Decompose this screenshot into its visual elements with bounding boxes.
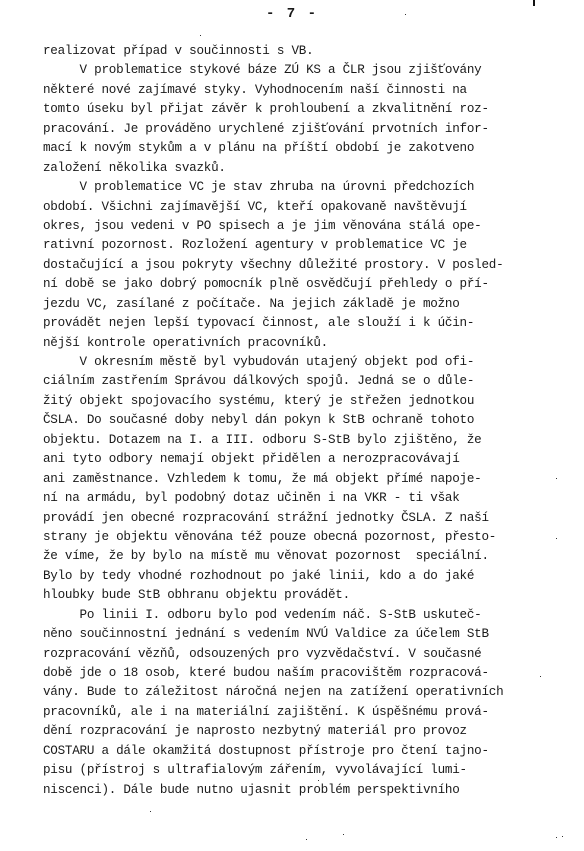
text-line: V problematice VC je stav zhruba na úrov… xyxy=(43,178,563,197)
text-line: okres, jsou vedeni v PO spisech a je jim… xyxy=(43,217,563,236)
text-line: některé nové zajímavé styky. Vyhodnocení… xyxy=(43,81,563,100)
text-line: jezdu VC, zasílané z počítače. Na jejich… xyxy=(43,295,563,314)
text-line: hloubky bude StB obhranu objektu provádě… xyxy=(43,586,563,605)
scan-speck xyxy=(540,676,541,677)
text-line: niscenci). Dále bude nutno ujasnit probl… xyxy=(43,781,563,800)
text-line: že víme, že by bylo na místě mu věnovat … xyxy=(43,547,563,566)
text-line: tomto úseku byl přijat závěr k prohloube… xyxy=(43,100,563,119)
text-line: pisu (přístroj s ultrafialovým zářením, … xyxy=(43,761,563,780)
text-line: pracování. Je prováděno urychlené zjišťo… xyxy=(43,120,563,139)
page-number: - 7 - xyxy=(0,6,584,22)
text-line: V okresním městě byl vybudován utajený o… xyxy=(43,353,563,372)
text-line: pracovníků, ale i na materiální zajištěn… xyxy=(43,703,563,722)
text-line: mací k novým stykům a v plánu na příští … xyxy=(43,139,563,158)
text-line: založení několika svazků. xyxy=(43,159,563,178)
scan-speck xyxy=(343,834,344,835)
text-line: objektu. Dotazem na I. a III. odboru S-S… xyxy=(43,431,563,450)
scan-speck xyxy=(556,478,557,479)
text-line: ani tyto odbory nemají objekt přidělen a… xyxy=(43,450,563,469)
text-line: Po linii I. odboru bylo pod vedením náč.… xyxy=(43,606,563,625)
document-body: realizovat případ v součinnosti s VB. V … xyxy=(43,42,563,800)
scan-speck xyxy=(200,35,201,36)
text-line: vány. Bude to záležitost náročná nejen n… xyxy=(43,683,563,702)
text-line: ani zaměstnance. Vzhledem k tomu, že má … xyxy=(43,470,563,489)
text-line: Bylo by tedy vhodné rozhodnout po jaké l… xyxy=(43,567,563,586)
scan-speck xyxy=(556,837,557,838)
scan-speck xyxy=(562,836,563,837)
text-line: ciálním zastřením Správou dálkových spoj… xyxy=(43,372,563,391)
text-line: provádí jen obecné rozpracování strážní … xyxy=(43,509,563,528)
text-line: ČSLA. Do současné doby nebyl dán pokyn k… xyxy=(43,411,563,430)
scan-speck xyxy=(405,14,406,15)
text-line: době jde o 18 osob, které budou naším pr… xyxy=(43,664,563,683)
text-line: období. Všichni zajímavější VC, kteří op… xyxy=(43,198,563,217)
scan-speck xyxy=(318,780,319,781)
text-line: rativní pozornost. Rozložení agentury v … xyxy=(43,236,563,255)
text-line: provádět nejen lepší typovací činnost, a… xyxy=(43,314,563,333)
scan-speck xyxy=(150,811,151,812)
text-line: dostačující a jsou pokryty všechny důlež… xyxy=(43,256,563,275)
text-line: rozpracování vězňů, odsouzených pro vyzv… xyxy=(43,645,563,664)
text-line: strany je objektu věnována též pouze obe… xyxy=(43,528,563,547)
text-line: realizovat případ v součinnosti s VB. xyxy=(43,42,563,61)
text-line: ní na armádu, byl podobný dotaz učiněn i… xyxy=(43,489,563,508)
text-line: žitý objekt spojovacího systému, který j… xyxy=(43,392,563,411)
text-line: ní době se jako dobrý pomocník plně osvě… xyxy=(43,275,563,294)
scan-speck xyxy=(306,839,307,840)
text-line: nější kontrole operativních pracovníků. xyxy=(43,334,563,353)
text-line: V problematice stykové báze ZÚ KS a ČLR … xyxy=(43,61,563,80)
text-line: COSTARU a dále okamžitá dostupnost příst… xyxy=(43,742,563,761)
scan-speck xyxy=(556,538,557,539)
text-line: něno součinnostní jednání s vedením NVÚ … xyxy=(43,625,563,644)
text-line: dění rozpracování je naprosto nezbytný m… xyxy=(43,722,563,741)
